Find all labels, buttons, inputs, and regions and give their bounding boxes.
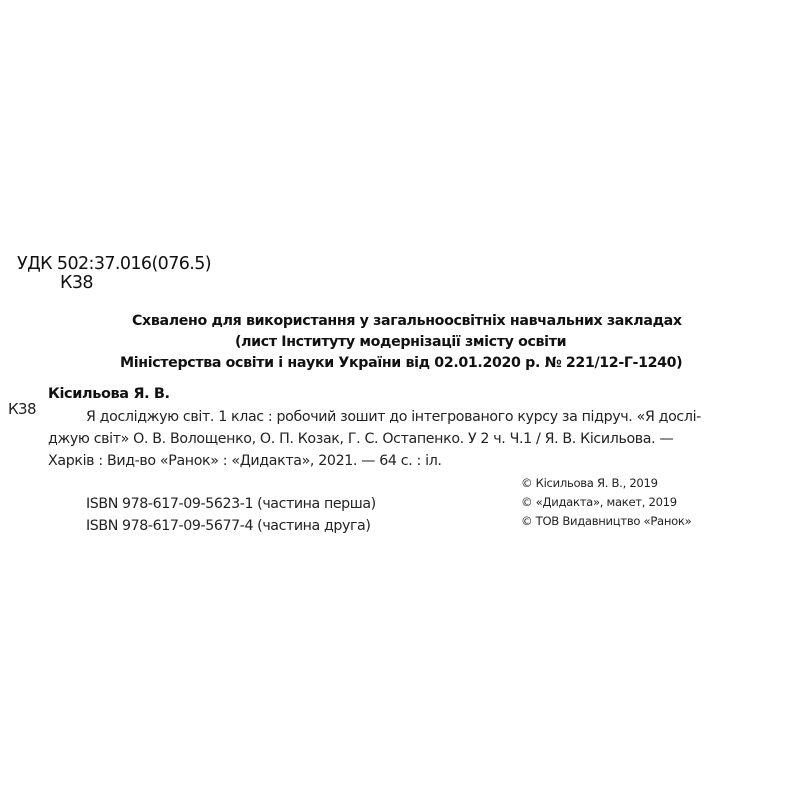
- approval-line-1: Схвалено для використання у загальноосві…: [132, 313, 800, 329]
- isbn-part-2: ISBN 978-617-09-5677-4 (частина друга): [86, 518, 370, 534]
- isbn-part-1: ISBN 978-617-09-5623-1 (частина перша): [86, 496, 376, 512]
- copyright-publisher: © ТОВ Видавництво «Ранок»: [521, 514, 691, 528]
- author-mark-left: К38: [8, 400, 36, 418]
- author-mark-top: К38: [60, 273, 93, 293]
- approval-line-2: (лист Інституту модернізації змісту осві…: [235, 334, 800, 350]
- udk-code: УДК 502:37.016(076.5): [17, 254, 211, 274]
- description-line-2: джую світ» О. В. Волощенко, О. П. Козак,…: [48, 431, 673, 447]
- copyright-layout: © «Дидакта», макет, 2019: [521, 495, 677, 509]
- copyright-author: © Кісильова Я. В., 2019: [521, 476, 658, 490]
- description-line-3: Харків : Вид-во «Ранок» : «Дидакта», 202…: [48, 453, 442, 469]
- author-name: Кісильова Я. В.: [48, 386, 170, 402]
- description-line-1: Я досліджую світ. 1 клас : робочий зошит…: [86, 409, 701, 425]
- approval-line-3: Міністерства освіти і науки України від …: [120, 355, 800, 371]
